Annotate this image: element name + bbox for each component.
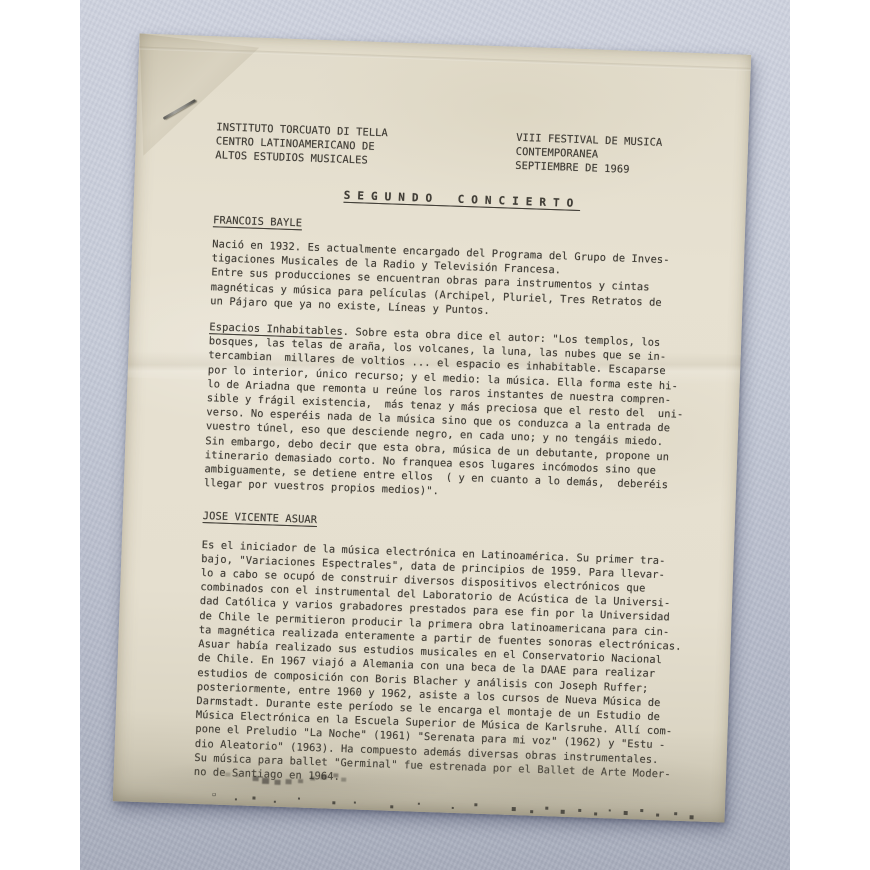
ink-smudge xyxy=(254,771,258,774)
concert-title-text: SEGUNDO CONCIERTO xyxy=(344,188,581,209)
product-photo-canvas: INSTITUTO TORCUATO DI TELLA CENTRO LATIN… xyxy=(0,0,870,870)
document-header: INSTITUTO TORCUATO DI TELLA CENTRO LATIN… xyxy=(215,120,712,180)
institution-block: INSTITUTO TORCUATO DI TELLA CENTRO LATIN… xyxy=(215,120,516,173)
document-page: INSTITUTO TORCUATO DI TELLA CENTRO LATIN… xyxy=(113,34,751,823)
photo-background: INSTITUTO TORCUATO DI TELLA CENTRO LATIN… xyxy=(80,0,790,870)
festival-block: VIII FESTIVAL DE MUSICA CONTEMPORANEA SE… xyxy=(515,131,712,180)
espacios-paragraph: Espacios Inhabitables. Sobre esta obra d… xyxy=(204,320,706,508)
section-heading-bayle: FRANCOIS BAYLE xyxy=(213,214,302,229)
ink-specks xyxy=(213,794,215,796)
espacios-body: bosques, las telas de araña, los volcane… xyxy=(204,334,705,507)
section-heading-asuar: JOSE VICENTE ASUAR xyxy=(203,511,318,527)
bayle-bio-paragraph: Nació en 1932. Es actualmente encargado … xyxy=(210,237,708,325)
concert-title: SEGUNDO CONCIERTO xyxy=(214,184,710,216)
typewritten-text: INSTITUTO TORCUATO DI TELLA CENTRO LATIN… xyxy=(194,120,713,796)
